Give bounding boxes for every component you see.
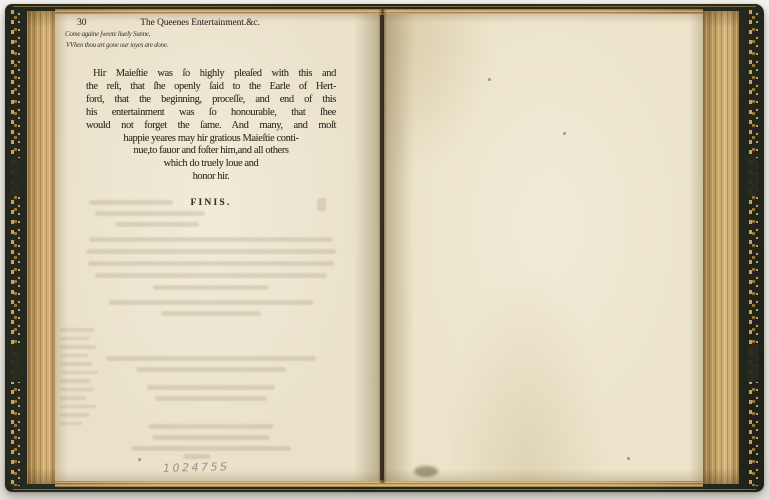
paragraph-line: would not forget the ſame. And many, and…	[86, 120, 336, 133]
showthrough-line	[161, 311, 261, 316]
showthrough-line	[109, 300, 314, 305]
pencil-inscription: 102475S	[163, 460, 230, 475]
showthrough-line	[60, 422, 82, 426]
showthrough-line	[60, 328, 94, 332]
showthrough-line	[60, 354, 88, 358]
showthrough-line	[60, 345, 96, 349]
showthrough-line	[152, 435, 270, 440]
paragraph-line: the reſt, that ſhe openly ſaid to the Ea…	[86, 81, 336, 94]
showthrough-line	[155, 396, 267, 401]
paragraph-line: Hir Maieſtie was ſo highly pleaſed with …	[86, 68, 336, 81]
showthrough-line	[88, 261, 334, 266]
paragraph-line: which do truely loue and	[86, 158, 336, 171]
body-paragraph: Hir Maieſtie was ſo highly pleaſed with …	[86, 68, 336, 184]
gutter-crease	[378, 8, 387, 483]
paragraph-line: nue,to fauor and foſter him,and all othe…	[86, 145, 336, 158]
showthrough-line	[60, 379, 90, 383]
showthrough-line	[60, 337, 90, 341]
paper-speck	[563, 132, 566, 135]
showthrough-line	[136, 367, 286, 372]
showthrough-line	[60, 371, 98, 375]
showthrough-line	[60, 413, 90, 417]
showthrough-line	[115, 222, 199, 227]
showthrough-line	[95, 211, 205, 216]
showthrough-line	[147, 385, 275, 390]
showthrough-line	[60, 396, 86, 400]
showthrough-mark	[317, 198, 326, 211]
showthrough-line	[95, 273, 327, 278]
verse-line: VVhen thou art gone our ioyes are done.	[66, 41, 168, 49]
showthrough-line	[86, 249, 336, 254]
showthrough-line	[153, 285, 269, 290]
showthrough-line	[60, 362, 92, 366]
gilt-fillet-top	[13, 6, 756, 7]
fore-edge-left	[27, 11, 56, 484]
paragraph-line: happie yeares may hir gratious Maieſtie …	[86, 133, 336, 146]
showthrough-margin-column	[60, 328, 98, 425]
showthrough-line	[60, 388, 94, 392]
right-page-blank	[384, 14, 703, 481]
left-page: 30 The Queenes Entertainment.&c. Come ag…	[55, 14, 380, 481]
running-title: The Queenes Entertainment.&c.	[115, 18, 285, 28]
showthrough-line	[131, 446, 291, 451]
showthrough-line	[89, 200, 173, 205]
gutter-smudge	[414, 466, 438, 477]
folio-number: 30	[77, 18, 87, 28]
showthrough-word	[183, 454, 211, 459]
gilt-fillet-bottom	[13, 489, 756, 490]
showthrough-line	[89, 237, 333, 242]
showthrough-line	[60, 405, 96, 409]
showthrough-line	[149, 424, 274, 429]
book-binding: 30 The Queenes Entertainment.&c. Come ag…	[5, 4, 764, 492]
fore-edge-right	[703, 11, 739, 484]
photo-of-open-book: 30 The Queenes Entertainment.&c. Come ag…	[0, 0, 769, 500]
paragraph-line: his entertainment was ſo honourable, tha…	[86, 107, 336, 120]
paragraph-line: ford, that the beginning, proceſſe, and …	[86, 94, 336, 107]
paper-speck	[627, 457, 630, 460]
paper-speck	[138, 458, 141, 461]
paper-speck	[488, 78, 491, 81]
showthrough-line	[106, 356, 316, 361]
paragraph-line: honor hir.	[86, 171, 336, 184]
verse-line: Come againe ſweete liuely Sunne,	[65, 30, 150, 38]
gilt-tooling-right	[748, 10, 759, 486]
gilt-tooling-left	[10, 10, 21, 486]
